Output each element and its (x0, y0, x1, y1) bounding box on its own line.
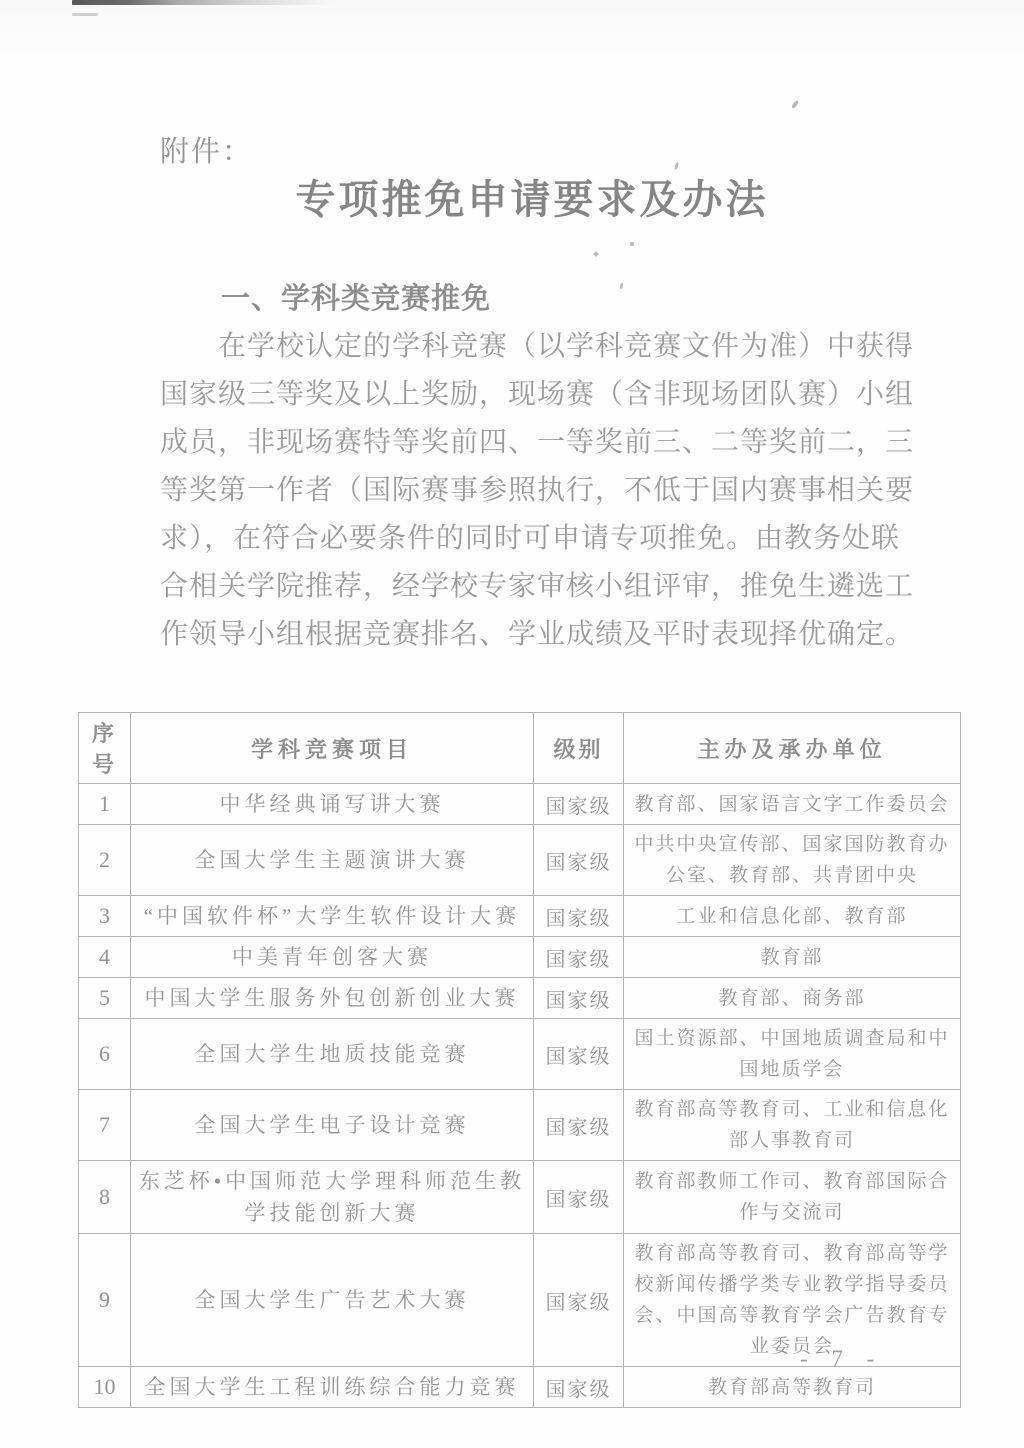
organizer-cell: 教育部、商务部 (624, 978, 961, 1019)
level-cell: 国家级 (534, 896, 624, 937)
table-row: 8东芝杯•中国师范大学理科师范生教学技能创新大赛国家级教育部教师工作司、教育部国… (79, 1161, 961, 1234)
organizer-cell: 教育部、国家语言文字工作委员会 (624, 784, 961, 825)
paragraph-line: 在学校认定的学科竞赛（以学科竞赛文件为准）中获得 (160, 323, 887, 371)
table-row: 3“中国软件杯”大学生软件设计大赛国家级工业和信息化部、教育部 (79, 896, 961, 937)
table-row: 10全国大学生工程训练综合能力竞赛国家级教育部高等教育司 (79, 1367, 961, 1408)
body-paragraph: 在学校认定的学科竞赛（以学科竞赛文件为准）中获得国家级三等奖及以上奖励，现场赛（… (160, 323, 887, 659)
level-cell: 国家级 (534, 1019, 624, 1090)
row-index-cell: 6 (79, 1019, 131, 1090)
row-index-cell: 8 (79, 1161, 131, 1234)
attachment-label: 附件： (160, 129, 253, 170)
row-index-cell: 10 (79, 1367, 131, 1408)
organizer-cell: 工业和信息化部、教育部 (624, 896, 961, 937)
table-row: 7全国大学生电子设计竞赛国家级教育部高等教育司、工业和信息化部人事教育司 (79, 1090, 961, 1161)
paragraph-line: 国家级三等奖及以上奖励，现场赛（含非现场团队赛）小组 (160, 371, 887, 419)
organizer-cell: 中共中央宣传部、国家国防教育办公室、教育部、共青团中央 (624, 825, 961, 896)
paragraph-line: 求），在符合必要条件的同时可申请专项推免。由教务处联 (160, 515, 887, 563)
organizer-cell: 教育部高等教育司 (624, 1367, 961, 1408)
competition-name-cell: 全国大学生广告艺术大赛 (131, 1234, 534, 1367)
level-cell: 国家级 (534, 937, 624, 978)
competition-name-cell: 全国大学生主题演讲大赛 (131, 825, 534, 896)
organizer-cell: 教育部教师工作司、教育部国际合作与交流司 (624, 1161, 961, 1234)
paragraph-line: 作领导小组根据竞赛排名、学业成绩及平时表现择优确定。 (160, 611, 887, 659)
paragraph-line: 等奖第一作者（国际赛事参照执行，不低于国内赛事相关要 (160, 467, 887, 515)
scan-speck (593, 251, 599, 257)
paragraph-line: 合相关学院推荐，经学校专家审核小组评审，推免生遴选工 (160, 563, 887, 611)
level-cell: 国家级 (534, 1234, 624, 1367)
table-header-row: 序号学科竞赛项目级别主办及承办单位 (79, 713, 961, 784)
competitions-table: 序号学科竞赛项目级别主办及承办单位 1中华经典诵写讲大赛国家级教育部、国家语言文… (78, 712, 961, 1408)
competition-name-cell: 东芝杯•中国师范大学理科师范生教学技能创新大赛 (131, 1161, 534, 1234)
table-row: 4中美青年创客大赛国家级教育部 (79, 937, 961, 978)
level-cell: 国家级 (534, 1090, 624, 1161)
level-cell: 国家级 (534, 1161, 624, 1234)
table-row: 1中华经典诵写讲大赛国家级教育部、国家语言文字工作委员会 (79, 784, 961, 825)
header-org-cell: 主办及承办单位 (624, 713, 961, 784)
organizer-cell: 教育部高等教育司、教育部高等学校新闻传播学类专业教学指导委员会、中国高等教育学会… (624, 1234, 961, 1367)
row-index-cell: 5 (79, 978, 131, 1019)
header-level-cell: 级别 (534, 713, 624, 784)
row-index-cell: 7 (79, 1090, 131, 1161)
row-index-cell: 9 (79, 1234, 131, 1367)
row-index-cell: 1 (79, 784, 131, 825)
table-row: 序号学科竞赛项目级别主办及承办单位 (79, 713, 961, 784)
competition-name-cell: 全国大学生地质技能竞赛 (131, 1019, 534, 1090)
scan-artifact-top-smudge (72, 0, 332, 5)
paragraph-line: 成员，非现场赛特等奖前四、一等奖前三、二等奖前二，三 (160, 419, 887, 467)
competition-name-cell: 中国大学生服务外包创新创业大赛 (131, 978, 534, 1019)
scan-speck (791, 100, 799, 110)
competition-name-cell: “中国软件杯”大学生软件设计大赛 (131, 896, 534, 937)
page-title: 专项推免申请要求及办法 (0, 168, 1024, 225)
competition-name-cell: 中美青年创客大赛 (131, 937, 534, 978)
header-no-cell: 序号 (79, 713, 131, 784)
scan-artifact-tick (72, 13, 98, 16)
level-cell: 国家级 (534, 784, 624, 825)
competition-name-cell: 全国大学生电子设计竞赛 (131, 1090, 534, 1161)
row-index-cell: 4 (79, 937, 131, 978)
page-number: - 7 - (800, 1346, 883, 1372)
level-cell: 国家级 (534, 825, 624, 896)
header-name-cell: 学科竞赛项目 (131, 713, 534, 784)
table-body: 1中华经典诵写讲大赛国家级教育部、国家语言文字工作委员会2全国大学生主题演讲大赛… (79, 784, 961, 1408)
organizer-cell: 教育部 (624, 937, 961, 978)
scan-speck (619, 283, 623, 290)
level-cell: 国家级 (534, 1367, 624, 1408)
document-page: 附件： 专项推免申请要求及办法 一、学科类竞赛推免 在学校认定的学科竞赛（以学科… (0, 0, 1024, 1448)
table-row: 6全国大学生地质技能竞赛国家级国土资源部、中国地质调查局和中国地质学会 (79, 1019, 961, 1090)
competition-name-cell: 中华经典诵写讲大赛 (131, 784, 534, 825)
competition-name-cell: 全国大学生工程训练综合能力竞赛 (131, 1367, 534, 1408)
level-cell: 国家级 (534, 978, 624, 1019)
table-row: 2全国大学生主题演讲大赛国家级中共中央宣传部、国家国防教育办公室、教育部、共青团… (79, 825, 961, 896)
row-index-cell: 3 (79, 896, 131, 937)
section-heading: 一、学科类竞赛推免 (221, 276, 491, 317)
organizer-cell: 国土资源部、中国地质调查局和中国地质学会 (624, 1019, 961, 1090)
scan-speck (630, 242, 634, 246)
table-row: 5中国大学生服务外包创新创业大赛国家级教育部、商务部 (79, 978, 961, 1019)
row-index-cell: 2 (79, 825, 131, 896)
organizer-cell: 教育部高等教育司、工业和信息化部人事教育司 (624, 1090, 961, 1161)
